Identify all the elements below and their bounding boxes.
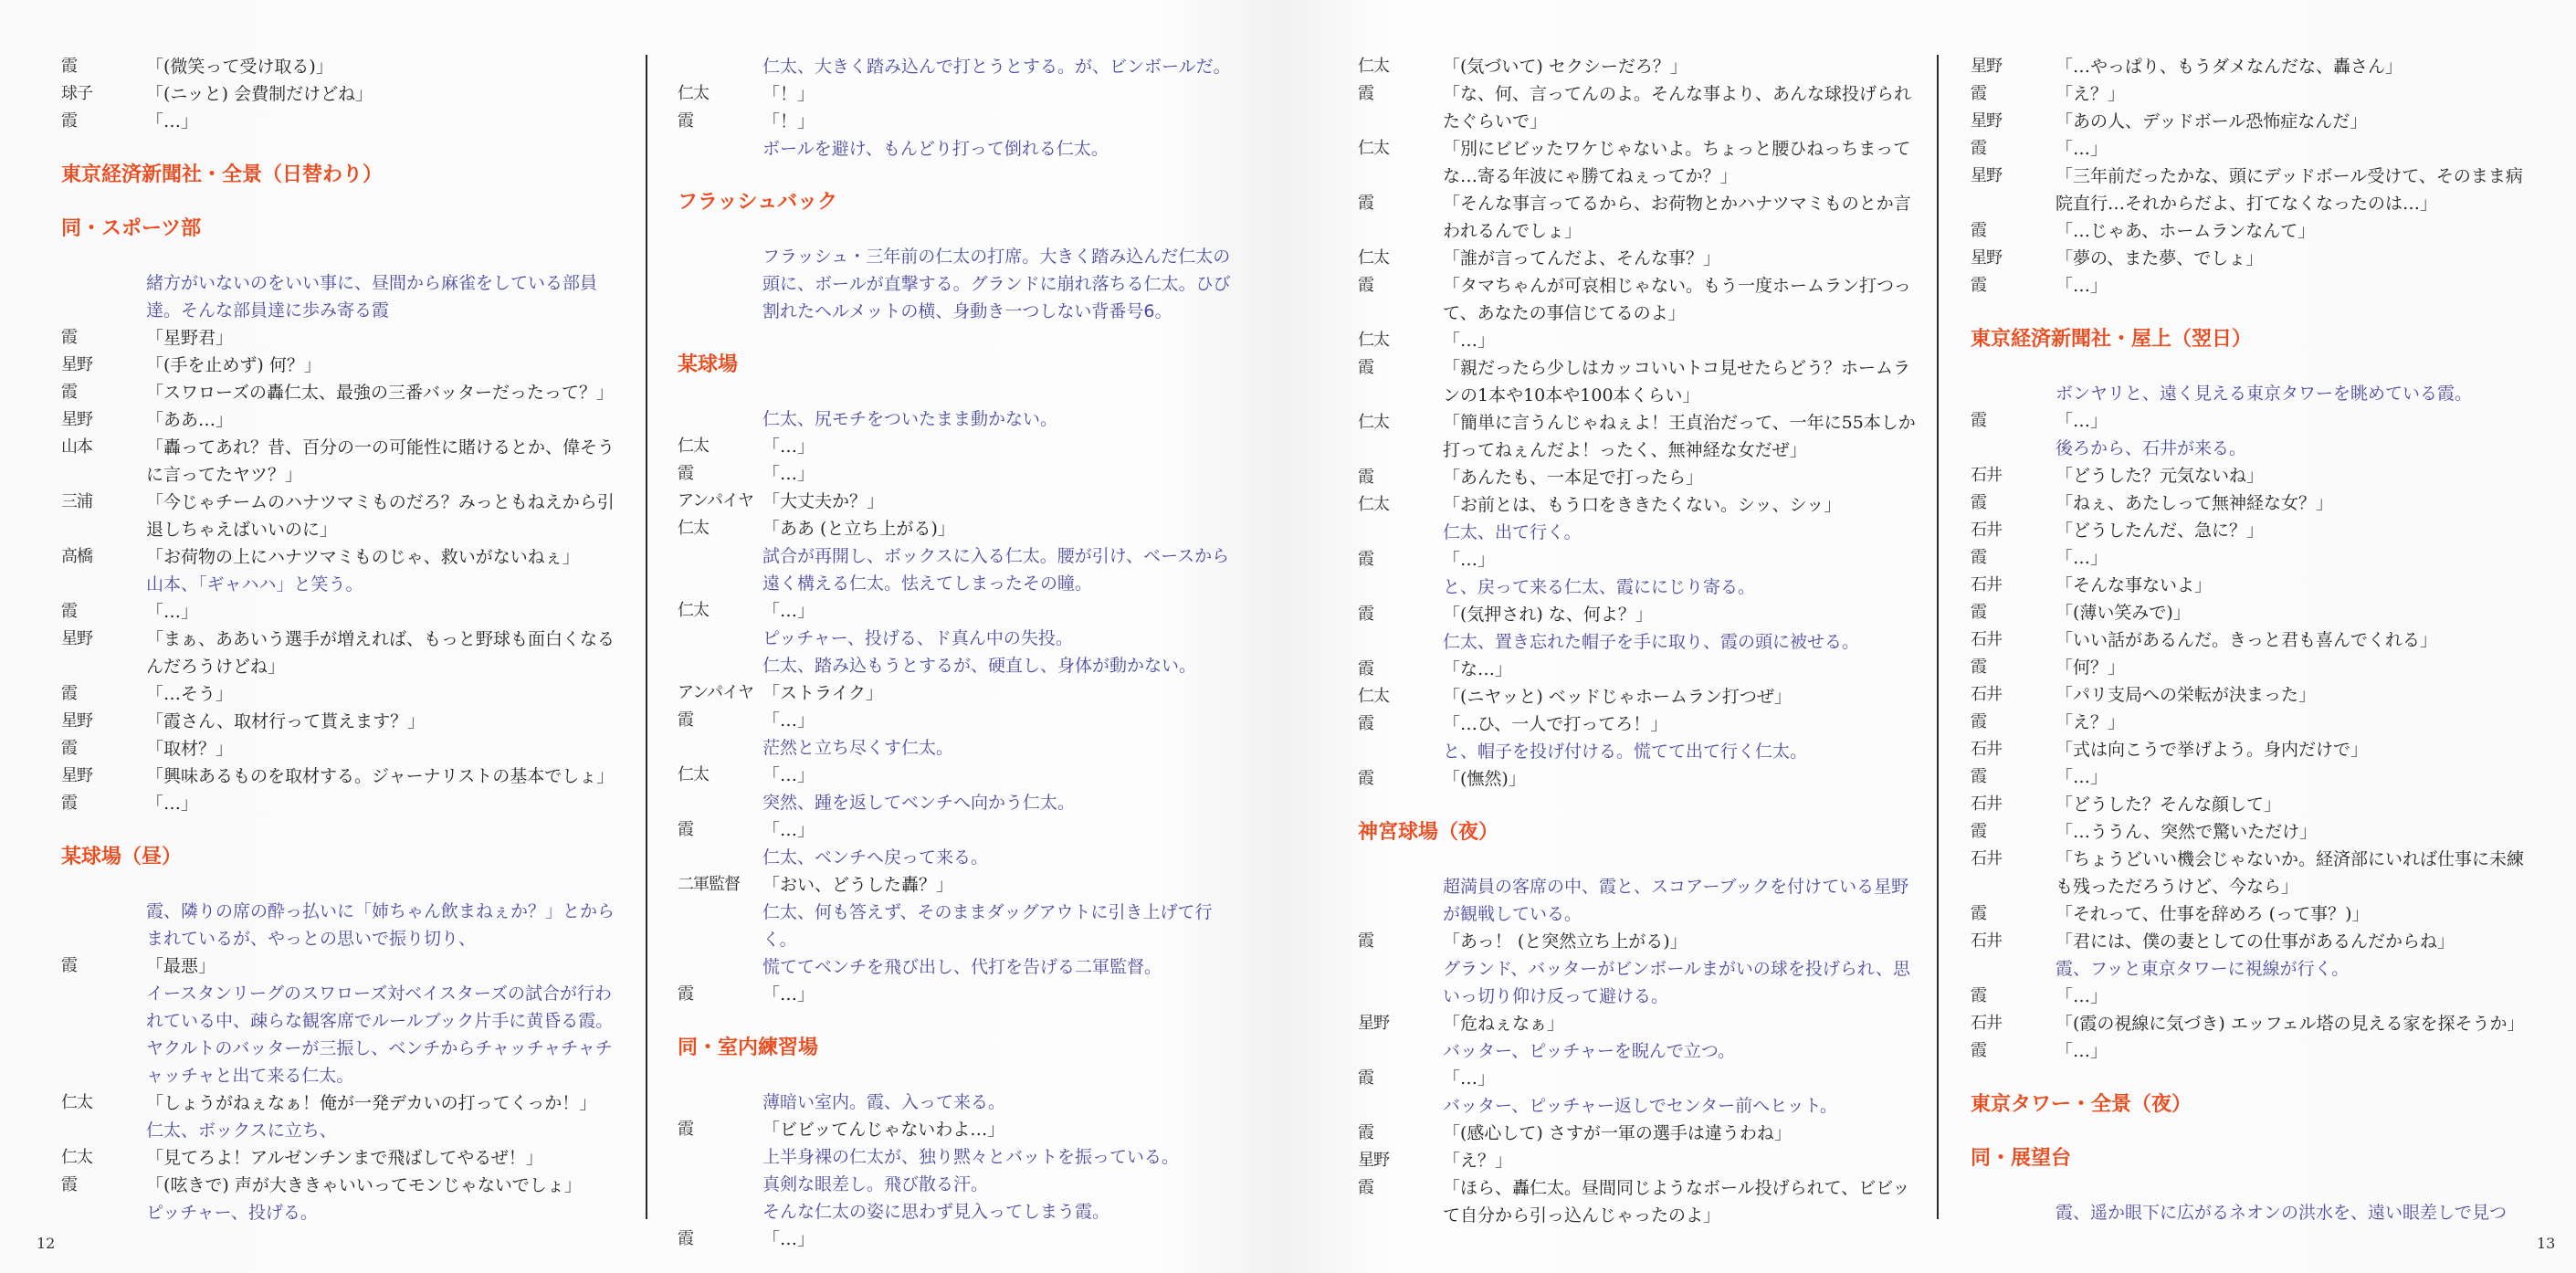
page-number-left: 12 — [37, 1235, 55, 1252]
scene-heading: 東京経済新聞社・屋上（翌日） — [1971, 326, 2537, 353]
stage-direction: 仁太、ボックスに立ち、 — [61, 1117, 627, 1144]
dialogue-line: 星野「三年前だったかな、頭にデッドボール受けて、そのまま病院直行…それからだよ、… — [1971, 163, 2537, 217]
dialogue-line: 霞「(感心して) さすが一軍の選手は違うわね」 — [1358, 1120, 1924, 1147]
script-column-1: 霞「(微笑って受け取る)」球子「(ニッと) 会費制だけどね」霞「…」東京経済新聞… — [61, 53, 627, 1226]
dialogue-line: 霞「…ううん、突然で驚いただけ」 — [1971, 818, 2537, 846]
stage-direction: と、戻って来る仁太、霞ににじり寄る。 — [1358, 573, 1924, 601]
stage-direction: 茫然と立ち尽くす仁太。 — [678, 734, 1244, 762]
dialogue-text: 「…」 — [2056, 763, 2537, 791]
speaker-name: 仁太 — [1358, 135, 1443, 190]
dialogue-line: 霞「…」 — [1358, 546, 1924, 573]
dialogue-text: 「…」 — [1443, 1065, 1924, 1092]
dialogue-line: 霞「…」 — [1971, 763, 2537, 791]
speaker-name: 山本 — [61, 434, 146, 489]
speaker-name: 霞 — [1358, 1120, 1443, 1147]
dialogue-text: 「君には、僕の妻としての仕事があるんだからね」 — [2056, 928, 2537, 955]
column-divider-right — [1937, 55, 1939, 1219]
speaker-name — [678, 405, 762, 433]
dialogue-text: 「星野君」 — [146, 324, 627, 352]
speaker-name: 仁太 — [678, 515, 762, 542]
stage-direction: 霞、フッと東京タワーに視線が行く。 — [1971, 955, 2537, 983]
dialogue-line: 霞「あんたも、一本足で打ったら」 — [1358, 464, 1924, 491]
action-text: 霞、隣りの席の酔っ払いに「姉ちゃん飲まねぇか？」とからまれているが、やっとの思い… — [146, 898, 627, 952]
dialogue-line: 仁太「お前とは、もう口をききたくない。シッ、シッ」 — [1358, 491, 1924, 519]
speaker-name: 星野 — [61, 763, 146, 790]
dialogue-line: 星野「興味あるものを取材する。ジャーナリストの基本でしょ」 — [61, 763, 627, 790]
dialogue-line: 霞「取材？」 — [61, 735, 627, 763]
dialogue-text: 「どうした？元気ないね」 — [2056, 462, 2537, 489]
dialogue-line: 石井「どうしたんだ、急に？」 — [1971, 517, 2537, 544]
dialogue-line: 仁太「誰が言ってんだよ、そんな事？」 — [1358, 245, 1924, 272]
action-text: ピッチャー、投げる、ド真ん中の失投。 — [762, 625, 1244, 652]
speaker-name: 仁太 — [1358, 409, 1443, 464]
dialogue-line: 石井「ちょうどいい機会じゃないか。経済部にいれば仕事に未練も残っただろうけど、今… — [1971, 846, 2537, 900]
dialogue-line: 霞「…」 — [678, 1226, 1244, 1253]
dialogue-line: 霞「…ひ、一人で打ってろ！」 — [1358, 710, 1924, 738]
dialogue-line: 霞「…」 — [678, 981, 1244, 1008]
speaker-name: 霞 — [61, 53, 146, 80]
dialogue-text: 「取材？」 — [146, 735, 627, 763]
dialogue-text: 「あの人、デッドボール恐怖症なんだ」 — [2056, 108, 2537, 135]
page-number-right: 13 — [2537, 1235, 2555, 1252]
speaker-name: 霞 — [1971, 983, 2056, 1010]
dialogue-text: 「…ひ、一人で打ってろ！」 — [1443, 710, 1924, 738]
speaker-name: 霞 — [61, 108, 146, 135]
dialogue-line: 石井「そんな事ないよ」 — [1971, 572, 2537, 599]
speaker-name: 仁太 — [61, 1089, 146, 1117]
dialogue-line: 石井「パリ支局への栄転が決まった」 — [1971, 681, 2537, 709]
speaker-name: 星野 — [1971, 245, 2056, 272]
dialogue-text: 「！」 — [762, 108, 1244, 135]
dialogue-line: 仁太「(気づいて) セクシーだろ？」 — [1358, 53, 1924, 80]
speaker-name — [1971, 380, 2056, 407]
speaker-name: 霞 — [1971, 599, 2056, 626]
dialogue-text: 「誰が言ってんだよ、そんな事？」 — [1443, 245, 1924, 272]
dialogue-text: 「おい、どうした轟？」 — [762, 871, 1244, 899]
speaker-name: 星野 — [61, 708, 146, 735]
dialogue-line: 仁太「…」 — [678, 597, 1244, 625]
action-text: 仁太、何も答えず、そのままダッグアウトに引き上げて行く。 — [762, 899, 1244, 953]
dialogue-line: 霞「え？」 — [1971, 80, 2537, 108]
speaker-name — [678, 135, 762, 163]
speaker-name: 石井 — [1971, 681, 2056, 709]
dialogue-line: 霞「…」 — [1971, 407, 2537, 435]
script-column-3: 仁太「(気づいて) セクシーだろ？」霞「な、何、言ってんのよ。そんな事より、あん… — [1358, 53, 1924, 1229]
dialogue-line: 霞「ビビッてんじゃないわよ…」 — [678, 1116, 1244, 1143]
scene-heading: 神宮球場（夜） — [1358, 819, 1924, 847]
dialogue-line: 霞「…」 — [678, 707, 1244, 734]
scene-heading: 東京タワー・全景（夜） — [1971, 1091, 2537, 1119]
scene-heading: 東京経済新聞社・全景（日替わり） — [61, 162, 627, 189]
speaker-name — [678, 243, 762, 325]
stage-direction: 山本、「ギャハハ」と笑う。 — [61, 571, 627, 598]
dialogue-text: 「興味あるものを取材する。ジャーナリストの基本でしょ」 — [146, 763, 627, 790]
dialogue-text: 「何？」 — [2056, 654, 2537, 681]
dialogue-text: 「タマちゃんが可哀相じゃない。もう一度ホームラン打つって、あなたの事信じてるのよ… — [1443, 272, 1924, 327]
action-text: 茫然と立ち尽くす仁太。 — [762, 734, 1244, 762]
speaker-name: 霞 — [1971, 489, 2056, 517]
dialogue-text: 「…」 — [2056, 272, 2537, 300]
speaker-name — [61, 1199, 146, 1226]
scene-heading: 某球場 — [678, 352, 1244, 379]
stage-direction: 上半身裸の仁太が、独り黙々とバットを振っている。 — [678, 1143, 1244, 1171]
speaker-name: 石井 — [1971, 736, 2056, 763]
dialogue-line: 霞「そんな事言ってるから、お荷物とかハナツマミものとか言われるんでしょ」 — [1358, 190, 1924, 245]
dialogue-text: 「それって、仕事を辞めろ (って事？)」 — [2056, 900, 2537, 928]
speaker-name — [678, 1089, 762, 1116]
dialogue-text: 「…やっぱり、もうダメなんだな、轟さん」 — [2056, 53, 2537, 80]
dialogue-line: 霞「な、何、言ってんのよ。そんな事より、あんな球投げられたぐらいで」 — [1358, 80, 1924, 135]
speaker-name: 霞 — [678, 1116, 762, 1143]
speaker-name: 霞 — [1971, 709, 2056, 736]
action-text: 突然、踵を返してベンチへ向かう仁太。 — [762, 789, 1244, 816]
speaker-name: 仁太 — [1358, 683, 1443, 710]
dialogue-line: 星野「霞さん、取材行って貰えます？」 — [61, 708, 627, 735]
speaker-name: 霞 — [678, 1226, 762, 1253]
dialogue-text: 「…」 — [2056, 983, 2537, 1010]
action-text: そんな仁太の姿に思わず見入ってしまう霞。 — [762, 1198, 1244, 1226]
dialogue-line: 霞「それって、仕事を辞めろ (って事？)」 — [1971, 900, 2537, 928]
action-text: ピッチャー、投げる。 — [146, 1199, 627, 1226]
dialogue-text: 「な…」 — [1443, 656, 1924, 683]
dialogue-line: 霞「…」 — [1971, 544, 2537, 572]
stage-direction: 霞、隣りの席の酔っ払いに「姉ちゃん飲まねぇか？」とからまれているが、やっとの思い… — [61, 898, 627, 952]
dialogue-text: 「(気押され) な、何よ？」 — [1443, 601, 1924, 628]
dialogue-line: 石井「どうした？元気ないね」 — [1971, 462, 2537, 489]
speaker-name: 霞 — [678, 460, 762, 488]
action-text: イースタンリーグのスワローズ対ベイスターズの試合が行われている中、疎らな観客席で… — [146, 980, 627, 1089]
dialogue-text: 「式は向こうで挙げよう。身内だけで」 — [2056, 736, 2537, 763]
dialogue-text: 「ああ…」 — [146, 406, 627, 434]
dialogue-text: 「(感心して) さすが一軍の選手は違うわね」 — [1443, 1120, 1924, 1147]
action-text: と、戻って来る仁太、霞ににじり寄る。 — [1443, 573, 1924, 601]
speaker-name: 霞 — [61, 1172, 146, 1199]
dialogue-line: 星野「まぁ、ああいう選手が増えれば、もっと野球も面白くなるんだろうけどね」 — [61, 626, 627, 680]
dialogue-line: 仁太「しょうがねぇなぁ！俺が一発デカいの打ってくっか！」 — [61, 1089, 627, 1117]
speaker-name — [1358, 573, 1443, 601]
dialogue-text: 「まぁ、ああいう選手が増えれば、もっと野球も面白くなるんだろうけどね」 — [146, 626, 627, 680]
speaker-name: 霞 — [1358, 546, 1443, 573]
stage-direction: 薄暗い室内。霞、入って来る。 — [678, 1089, 1244, 1116]
action-text: 霞、フッと東京タワーに視線が行く。 — [2056, 955, 2537, 983]
speaker-name: 星野 — [61, 626, 146, 680]
dialogue-text: 「ビビッてんじゃないわよ…」 — [762, 1116, 1244, 1143]
action-text: 仁太、ボックスに立ち、 — [146, 1117, 627, 1144]
dialogue-text: 「危ねぇなぁ」 — [1443, 1010, 1924, 1037]
action-text: 霞、遥か眼下に広がるネオンの洪水を、遠い眼差しで見つ — [2056, 1199, 2537, 1226]
speaker-name — [1971, 955, 2056, 983]
action-text: 仁太、大きく踏み込んで打とうとする。が、ビンボールだ。 — [762, 53, 1244, 80]
speaker-name — [1358, 519, 1443, 546]
dialogue-line: 霞「親だったら少しはカッコいいトコ見せたらどう？ホームランの1本や10本や100… — [1358, 354, 1924, 409]
dialogue-line: 星野「…やっぱり、もうダメなんだな、轟さん」 — [1971, 53, 2537, 80]
dialogue-text: 「…」 — [2056, 407, 2537, 435]
dialogue-text: 「…そう」 — [146, 680, 627, 708]
speaker-name: 霞 — [1971, 217, 2056, 245]
stage-direction: バッター、ピッチャー返しでセンター前へヒット。 — [1358, 1092, 1924, 1120]
dialogue-text: 「親だったら少しはカッコいいトコ見せたらどう？ホームランの1本や10本や100本… — [1443, 354, 1924, 409]
dialogue-line: 霞「ねぇ、あたしって無神経な女？」 — [1971, 489, 2537, 517]
dialogue-line: 霞「星野君」 — [61, 324, 627, 352]
action-text: 超満員の客席の中、霞と、スコアーブックを付けている星野が観戦している。 — [1443, 873, 1924, 928]
action-text: 山本、「ギャハハ」と笑う。 — [146, 571, 627, 598]
column-divider-left — [646, 55, 647, 1219]
dialogue-text: 「…」 — [146, 108, 627, 135]
dialogue-text: 「お前とは、もう口をききたくない。シッ、シッ」 — [1443, 491, 1924, 519]
scene-heading: フラッシュバック — [678, 189, 1244, 216]
dialogue-text: 「(呟きで) 声が大ききゃいいってモンじゃないでしょ」 — [146, 1172, 627, 1199]
scene-heading: 同・スポーツ部 — [61, 216, 627, 243]
action-text: 慌ててベンチを飛び出し、代打を告げる二軍監督。 — [762, 953, 1244, 981]
action-text: 試合が再開し、ボックスに入る仁太。腰が引け、ベースから遠く構える仁太。怯えてしま… — [762, 542, 1244, 597]
stage-direction: 突然、踵を返してベンチへ向かう仁太。 — [678, 789, 1244, 816]
dialogue-text: 「…」 — [2056, 544, 2537, 572]
scene-heading: 同・室内練習場 — [678, 1035, 1244, 1062]
dialogue-text: 「…」 — [2056, 135, 2537, 163]
dialogue-text: 「…」 — [762, 433, 1244, 460]
speaker-name — [678, 1198, 762, 1226]
speaker-name: 霞 — [1358, 928, 1443, 955]
speaker-name — [61, 1117, 146, 1144]
speaker-name: アンパイヤ — [678, 679, 762, 707]
stage-direction: そんな仁太の姿に思わず見入ってしまう霞。 — [678, 1198, 1244, 1226]
speaker-name: 霞 — [1971, 544, 2056, 572]
speaker-name: 霞 — [1358, 190, 1443, 245]
stage-direction: と、帽子を投げ付ける。慌てて出て行く仁太。 — [1358, 738, 1924, 765]
dialogue-line: 霞「あっ！ (と突然立ち上がる)」 — [1358, 928, 1924, 955]
dialogue-line: 石井「どうした？そんな顔して」 — [1971, 791, 2537, 818]
dialogue-text: 「轟ってあれ？昔、百分の一の可能性に賭けるとか、偉そうに言ってたヤツ？」 — [146, 434, 627, 489]
stage-direction: ピッチャー、投げる。 — [61, 1199, 627, 1226]
dialogue-line: 星野「(手を止めず) 何？」 — [61, 352, 627, 379]
speaker-name: 霞 — [61, 324, 146, 352]
speaker-name: 霞 — [1971, 900, 2056, 928]
speaker-name — [678, 899, 762, 953]
speaker-name: 星野 — [1358, 1010, 1443, 1037]
dialogue-line: 霞「…」 — [61, 598, 627, 626]
speaker-name: 仁太 — [1358, 53, 1443, 80]
action-text: 緒方がいないのをいい事に、昼間から麻雀をしている部員達。そんな部員達に歩み寄る霞 — [146, 269, 627, 324]
dialogue-text: 「別にビビッたワケじゃないよ。ちょっと腰ひねっちまってな…寄る年波にゃ勝てねぇっ… — [1443, 135, 1924, 190]
speaker-name: 石井 — [1971, 846, 2056, 900]
action-text: ボンヤリと、遠く見える東京タワーを眺めている霞。 — [2056, 380, 2537, 407]
speaker-name — [1358, 738, 1443, 765]
dialogue-line: 石井「(霞の視線に気づき) エッフェル塔の見える家を探そうか」 — [1971, 1010, 2537, 1037]
speaker-name: 霞 — [1971, 135, 2056, 163]
speaker-name — [1971, 1199, 2056, 1226]
dialogue-text: 「お荷物の上にハナツマミものじゃ、救いがないねぇ」 — [146, 543, 627, 571]
speaker-name: 霞 — [1358, 1174, 1443, 1229]
action-text: 仁太、尻モチをついたまま動かない。 — [762, 405, 1244, 433]
stage-direction: 仁太、置き忘れた帽子を手に取り、霞の頭に被せる。 — [1358, 628, 1924, 656]
speaker-name: 霞 — [1971, 818, 2056, 846]
stage-direction: 仁太、大きく踏み込んで打とうとする。が、ビンボールだ。 — [678, 53, 1244, 80]
speaker-name: 霞 — [61, 735, 146, 763]
dialogue-text: 「大丈夫か？」 — [762, 488, 1244, 515]
dialogue-text: 「…」 — [762, 981, 1244, 1008]
dialogue-text: 「…」 — [1443, 327, 1924, 354]
stage-direction: 慌ててベンチを飛び出し、代打を告げる二軍監督。 — [678, 953, 1244, 981]
speaker-name — [1358, 1037, 1443, 1065]
dialogue-text: 「今じゃチームのハナツマミものだろ？みっともねえから引退しちゃえばいいのに」 — [146, 489, 627, 543]
dialogue-line: 仁太「別にビビッたワケじゃないよ。ちょっと腰ひねっちまってな…寄る年波にゃ勝てね… — [1358, 135, 1924, 190]
speaker-name — [678, 953, 762, 981]
dialogue-text: 「ちょうどいい機会じゃないか。経済部にいれば仕事に未練も残っただろうけど、今なら… — [2056, 846, 2537, 900]
dialogue-text: 「あんたも、一本足で打ったら」 — [1443, 464, 1924, 491]
dialogue-text: 「え？」 — [2056, 80, 2537, 108]
speaker-name: 霞 — [1358, 272, 1443, 327]
dialogue-line: アンパイヤ「大丈夫か？」 — [678, 488, 1244, 515]
dialogue-text: 「ほら、轟仁太。昼間同じようなボール投げられて、ビビッて自分から引っ込んじゃった… — [1443, 1174, 1924, 1229]
dialogue-line: 仁太「！」 — [678, 80, 1244, 108]
stage-direction: 霞、遥か眼下に広がるネオンの洪水を、遠い眼差しで見つ — [1971, 1199, 2537, 1226]
speaker-name: 霞 — [1358, 601, 1443, 628]
dialogue-text: 「…ううん、突然で驚いただけ」 — [2056, 818, 2537, 846]
speaker-name — [61, 898, 146, 952]
speaker-name: 石井 — [1971, 626, 2056, 654]
dialogue-text: 「見てろよ！アルゼンチンまで飛ばしてやるぜ！」 — [146, 1144, 627, 1172]
speaker-name: 霞 — [61, 790, 146, 817]
dialogue-text: 「…」 — [762, 597, 1244, 625]
speaker-name: 星野 — [1971, 53, 2056, 80]
dialogue-line: 球子「(ニッと) 会費制だけどね」 — [61, 80, 627, 108]
speaker-name: 霞 — [1358, 1065, 1443, 1092]
speaker-name: 石井 — [1971, 1010, 2056, 1037]
speaker-name: 霞 — [1358, 354, 1443, 409]
dialogue-text: 「(ニッと) 会費制だけどね」 — [146, 80, 627, 108]
dialogue-line: 霞「(薄い笑みで)」 — [1971, 599, 2537, 626]
dialogue-text: 「…」 — [1443, 546, 1924, 573]
dialogue-text: 「最悪」 — [146, 952, 627, 980]
dialogue-line: 霞「…」 — [1358, 1065, 1924, 1092]
action-text: 仁太、踏み込もうとするが、硬直し、身体が動かない。 — [762, 652, 1244, 679]
speaker-name — [61, 980, 146, 1089]
dialogue-text: 「(手を止めず) 何？」 — [146, 352, 627, 379]
dialogue-line: 霞「…」 — [678, 816, 1244, 844]
stage-direction: 仁太、ベンチへ戻って来る。 — [678, 844, 1244, 871]
stage-direction: 緒方がいないのをいい事に、昼間から麻雀をしている部員達。そんな部員達に歩み寄る霞 — [61, 269, 627, 324]
dialogue-text: 「(薄い笑みで)」 — [2056, 599, 2537, 626]
dialogue-text: 「(霞の視線に気づき) エッフェル塔の見える家を探そうか」 — [2056, 1010, 2537, 1037]
stage-direction: グランド、バッターがビンボールまがいの球を投げられ、思いっ切り仰け反って避ける。 — [1358, 955, 1924, 1010]
speaker-name: 仁太 — [1358, 491, 1443, 519]
dialogue-line: 霞「(微笑って受け取る)」 — [61, 53, 627, 80]
speaker-name — [678, 625, 762, 652]
speaker-name: 星野 — [61, 406, 146, 434]
speaker-name — [1971, 435, 2056, 462]
action-text: 真剣な眼差し。飛び散る汗。 — [762, 1171, 1244, 1198]
speaker-name — [678, 652, 762, 679]
stage-direction: 仁太、何も答えず、そのままダッグアウトに引き上げて行く。 — [678, 899, 1244, 953]
dialogue-line: 石井「いい話があるんだ。きっと君も喜んでくれる」 — [1971, 626, 2537, 654]
scene-heading: 某球場（昼） — [61, 844, 627, 871]
action-text: 後ろから、石井が来る。 — [2056, 435, 2537, 462]
action-text: 仁太、出て行く。 — [1443, 519, 1924, 546]
stage-direction: 試合が再開し、ボックスに入る仁太。腰が引け、ベースから遠く構える仁太。怯えてしま… — [678, 542, 1244, 597]
dialogue-line: 星野「ああ…」 — [61, 406, 627, 434]
action-text: 薄暗い室内。霞、入って来る。 — [762, 1089, 1244, 1116]
speaker-name — [1358, 1092, 1443, 1120]
action-text: 上半身裸の仁太が、独り黙々とバットを振っている。 — [762, 1143, 1244, 1171]
speaker-name: 霞 — [61, 379, 146, 406]
dialogue-text: 「あっ！ (と突然立ち上がる)」 — [1443, 928, 1924, 955]
speaker-name — [1358, 955, 1443, 1010]
stage-direction: イースタンリーグのスワローズ対ベイスターズの試合が行われている中、疎らな観客席で… — [61, 980, 627, 1089]
stage-direction: フラッシュ・三年前の仁太の打席。大きく踏み込んだ仁太の頭に、ボールが直撃する。グ… — [678, 243, 1244, 325]
speaker-name: 星野 — [61, 352, 146, 379]
speaker-name: 三浦 — [61, 489, 146, 543]
dialogue-line: 石井「式は向こうで挙げよう。身内だけで」 — [1971, 736, 2537, 763]
speaker-name: 霞 — [61, 598, 146, 626]
dialogue-text: 「霞さん、取材行って貰えます？」 — [146, 708, 627, 735]
dialogue-line: 仁太「…」 — [678, 433, 1244, 460]
dialogue-line: 山本「轟ってあれ？昔、百分の一の可能性に賭けるとか、偉そうに言ってたヤツ？」 — [61, 434, 627, 489]
action-text: グランド、バッターがビンボールまがいの球を投げられ、思いっ切り仰け反って避ける。 — [1443, 955, 1924, 1010]
speaker-name — [678, 734, 762, 762]
speaker-name: 石井 — [1971, 572, 2056, 599]
dialogue-text: 「ねぇ、あたしって無神経な女？」 — [2056, 489, 2537, 517]
speaker-name: 霞 — [1971, 272, 2056, 300]
stage-direction: 超満員の客席の中、霞と、スコアーブックを付けている星野が観戦している。 — [1358, 873, 1924, 928]
dialogue-line: 霞「…」 — [678, 460, 1244, 488]
dialogue-text: 「え？」 — [2056, 709, 2537, 736]
dialogue-line: 星野「夢の、また夢、でしょ」 — [1971, 245, 2537, 272]
dialogue-line: 霞「…」 — [1971, 1037, 2537, 1065]
stage-direction: 仁太、尻モチをついたまま動かない。 — [678, 405, 1244, 433]
dialogue-line: 霞「(憮然)」 — [1358, 765, 1924, 793]
speaker-name: 仁太 — [678, 80, 762, 108]
speaker-name — [1358, 873, 1443, 928]
dialogue-line: 仁太「…」 — [1358, 327, 1924, 354]
speaker-name — [678, 1143, 762, 1171]
dialogue-text: 「…」 — [762, 762, 1244, 789]
dialogue-line: 星野「あの人、デッドボール恐怖症なんだ」 — [1971, 108, 2537, 135]
dialogue-text: 「…」 — [762, 816, 1244, 844]
stage-direction: 仁太、出て行く。 — [1358, 519, 1924, 546]
dialogue-text: 「夢の、また夢、でしょ」 — [2056, 245, 2537, 272]
dialogue-line: 仁太「ああ (と立ち上がる)」 — [678, 515, 1244, 542]
speaker-name: 霞 — [1971, 763, 2056, 791]
dialogue-line: 霞「…じゃあ、ホームランなんて」 — [1971, 217, 2537, 245]
speaker-name: 霞 — [1358, 656, 1443, 683]
speaker-name: 仁太 — [678, 597, 762, 625]
action-text: 仁太、ベンチへ戻って来る。 — [762, 844, 1244, 871]
dialogue-line: 霞「何？」 — [1971, 654, 2537, 681]
dialogue-text: 「ストライク」 — [762, 679, 1244, 707]
speaker-name: 高橋 — [61, 543, 146, 571]
dialogue-text: 「(気づいて) セクシーだろ？」 — [1443, 53, 1924, 80]
dialogue-line: アンパイヤ「ストライク」 — [678, 679, 1244, 707]
speaker-name: 石井 — [1971, 791, 2056, 818]
dialogue-text: 「…」 — [2056, 1037, 2537, 1065]
speaker-name: 霞 — [1971, 80, 2056, 108]
speaker-name: 霞 — [1358, 765, 1443, 793]
dialogue-line: 霞「…」 — [1971, 272, 2537, 300]
action-text: 仁太、置き忘れた帽子を手に取り、霞の頭に被せる。 — [1443, 628, 1924, 656]
speaker-name: 霞 — [61, 952, 146, 980]
dialogue-line: 霞「(呟きで) 声が大ききゃいいってモンじゃないでしょ」 — [61, 1172, 627, 1199]
dialogue-line: 仁太「…」 — [678, 762, 1244, 789]
dialogue-text: 「簡単に言うんじゃねぇよ！王貞治だって、一年に55本しか打ってねぇんだよ！ったく… — [1443, 409, 1924, 464]
dialogue-text: 「…」 — [762, 1226, 1244, 1253]
dialogue-line: 霞「最悪」 — [61, 952, 627, 980]
speaker-name — [1358, 628, 1443, 656]
dialogue-text: 「しょうがねぇなぁ！俺が一発デカいの打ってくっか！」 — [146, 1089, 627, 1117]
dialogue-line: 霞「…そう」 — [61, 680, 627, 708]
dialogue-line: 霞「スワローズの轟仁太、最強の三番バッターだったって？」 — [61, 379, 627, 406]
dialogue-line: 霞「え？」 — [1971, 709, 2537, 736]
dialogue-line: 星野「え？」 — [1358, 1147, 1924, 1174]
